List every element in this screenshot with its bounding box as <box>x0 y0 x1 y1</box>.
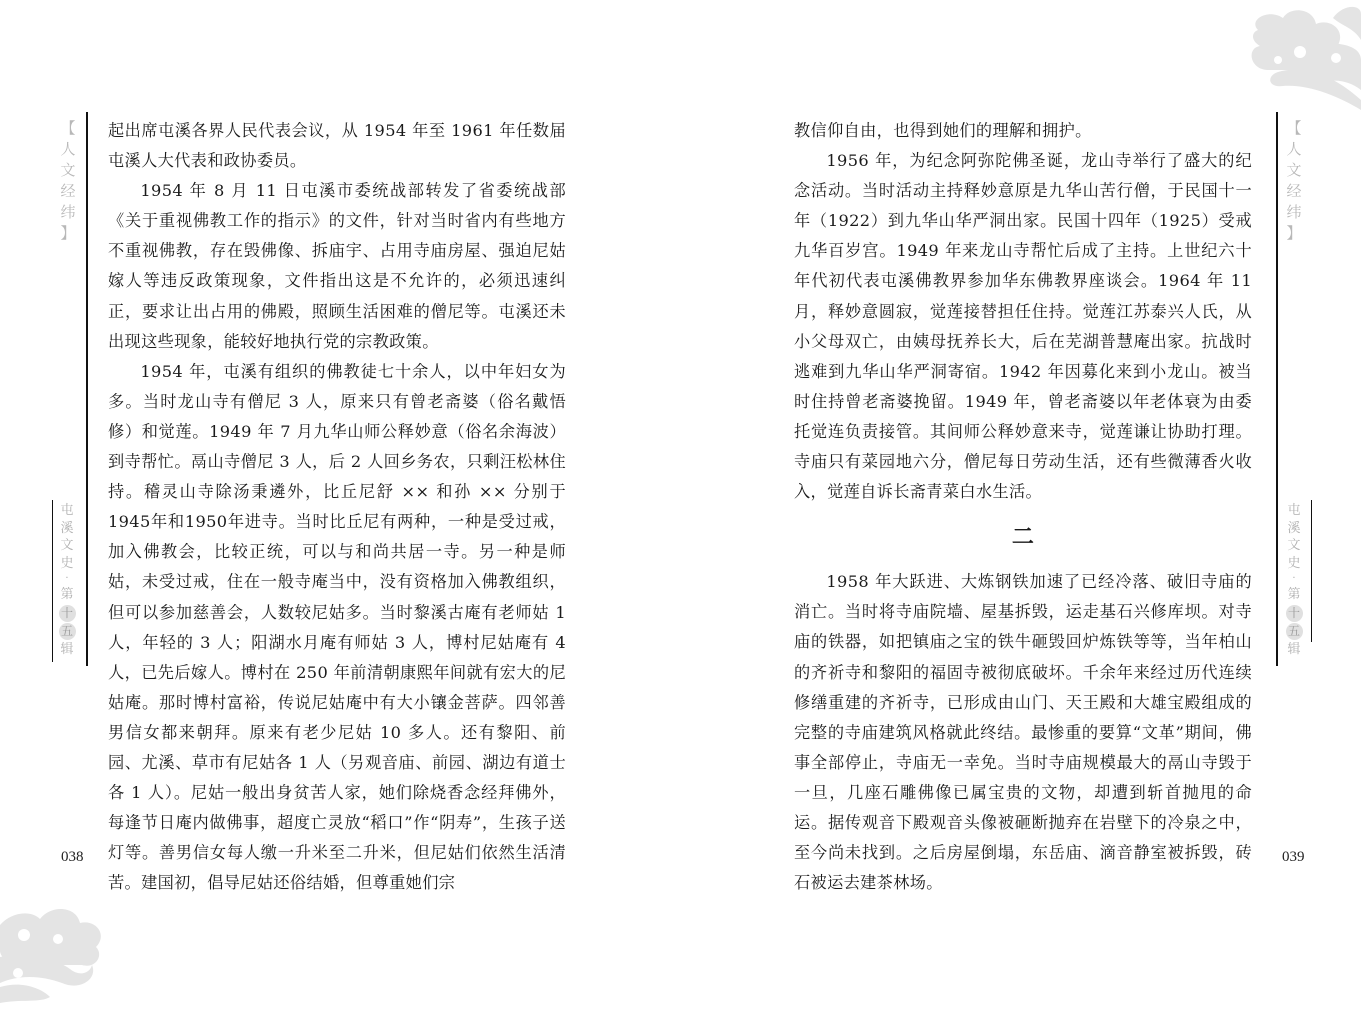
left-page-body: 起出席屯溪各界人民代表会议，从 1954 年至 1961 年任数届屯溪人大代表和… <box>108 116 566 898</box>
right-page-body: 教信仰自由，也得到她们的理解和拥护。 1956 年，为纪念阿弥陀佛圣诞，龙山寺举… <box>794 116 1252 898</box>
margin-rule-main <box>1276 112 1278 666</box>
page-number: 039 <box>1282 849 1305 866</box>
margin-rule-short <box>52 500 53 662</box>
left-page: 【 人 文 经 纬 】 屯 溪 文 史 · 第 十 五 辑 起出席屯溪各界人民代… <box>0 0 680 1016</box>
series-margin-label: 屯 溪 文 史 · 第 十 五 辑 <box>57 502 77 658</box>
margin-rule-short <box>1311 500 1312 642</box>
section-margin-label: 【 人 文 经 纬 】 <box>1284 118 1304 244</box>
paragraph: 起出席屯溪各界人民代表会议，从 1954 年至 1961 年任数届屯溪人大代表和… <box>108 116 566 176</box>
paragraph: 1954 年 8 月 11 日屯溪市委统战部转发了省委统战部《关于重视佛教工作的… <box>108 176 566 357</box>
margin-rule-main <box>86 112 88 666</box>
paragraph: 1958 年大跃进、大炼钢铁加速了已经冷落、破旧寺庙的消亡。当时将寺庙院墙、屋基… <box>794 567 1252 898</box>
section-margin-label: 【 人 文 经 纬 】 <box>58 118 78 244</box>
series-margin-label: 屯 溪 文 史 · 第 十 五 辑 <box>1284 502 1304 658</box>
page-number: 038 <box>61 849 84 866</box>
section-heading: 二 <box>794 507 1252 567</box>
paragraph: 1956 年，为纪念阿弥陀佛圣诞，龙山寺举行了盛大的纪念活动。当时活动主持释妙意… <box>794 146 1252 507</box>
paragraph: 1954 年，屯溪有组织的佛教徒七十余人，以中年妇女为多。当时龙山寺有僧尼 3 … <box>108 357 566 899</box>
paragraph: 教信仰自由，也得到她们的理解和拥护。 <box>794 116 1252 146</box>
right-page: 【 人 文 经 纬 】 屯 溪 文 史 · 第 十 五 辑 教信仰自由，也得到她… <box>680 0 1361 1016</box>
